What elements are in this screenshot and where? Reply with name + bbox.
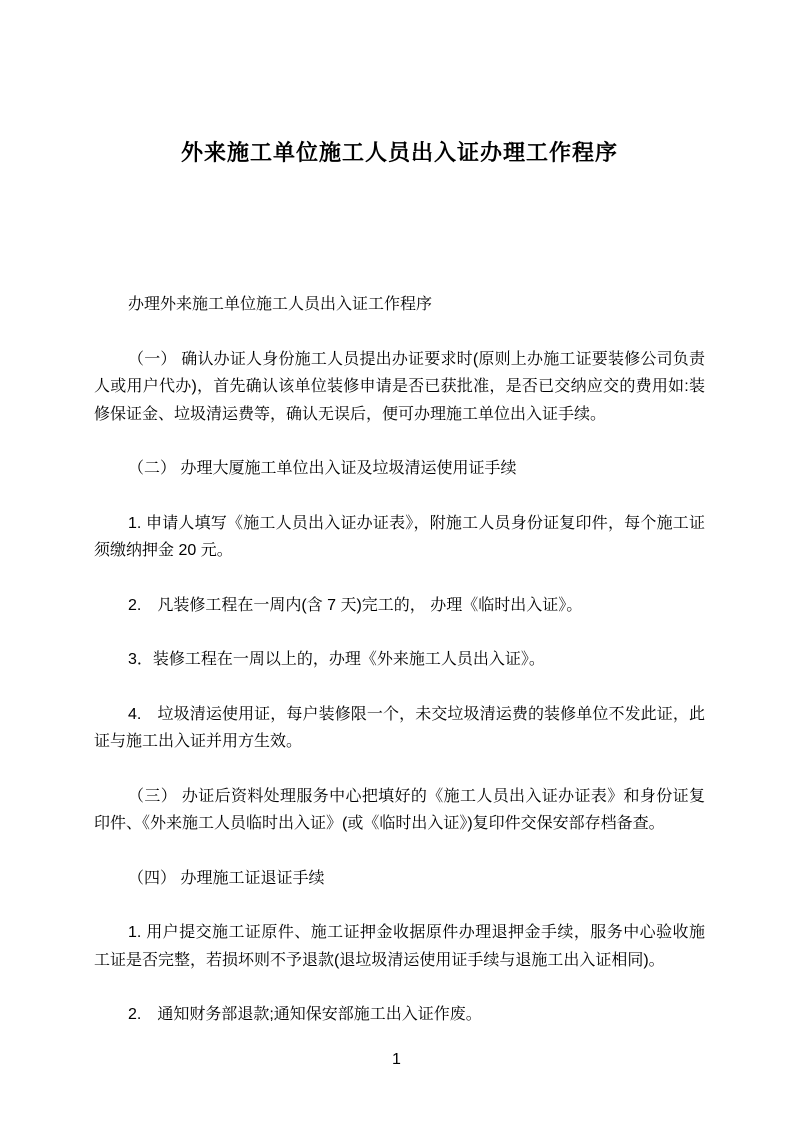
section-2-heading: （二） 办理大厦施工单位出入证及垃圾清运使用证手续 bbox=[94, 455, 705, 483]
intro-line: 办理外来施工单位施工人员出入证工作程序 bbox=[94, 291, 705, 319]
section-3-paragraph: （三） 办证后资料处理服务中心把填好的《施工人员出入证办证表》和身份证复印件、《… bbox=[94, 783, 705, 838]
page-footer: 1 bbox=[0, 1046, 793, 1073]
section-2-item-4: 4. 垃圾清运使用证，每户装修限一个，未交垃圾清运费的装修单位不发此证，此证与施… bbox=[94, 701, 705, 756]
document-page: 外来施工单位施工人员出入证办理工作程序 办理外来施工单位施工人员出入证工作程序 … bbox=[0, 0, 793, 1122]
section-4-item-1: 1. 用户提交施工证原件、施工证押金收据原件办理退押金手续，服务中心验收施工证是… bbox=[94, 919, 705, 974]
section-2-item-1: 1. 申请人填写《施工人员出入证办证表》，附施工人员身份证复印件，每个施工证须缴… bbox=[94, 510, 705, 565]
section-2-item-2: 2. 凡装修工程在一周内(含 7 天)完工的， 办理《临时出入证》。 bbox=[94, 592, 705, 620]
page-number: 1 bbox=[392, 1051, 401, 1068]
section-2-item-3: 3．装修工程在一周以上的，办理《外来施工人员出入证》。 bbox=[94, 646, 705, 674]
section-1-paragraph: （一） 确认办证人身份施工人员提出办证要求时(原则上办施工证要装修公司负责人或用… bbox=[94, 346, 705, 429]
section-4-item-2: 2. 通知财务部退款;通知保安部施工出入证作废。 bbox=[94, 1001, 705, 1029]
document-title: 外来施工单位施工人员出入证办理工作程序 bbox=[94, 136, 705, 169]
section-4-heading: （四） 办理施工证退证手续 bbox=[94, 865, 705, 893]
